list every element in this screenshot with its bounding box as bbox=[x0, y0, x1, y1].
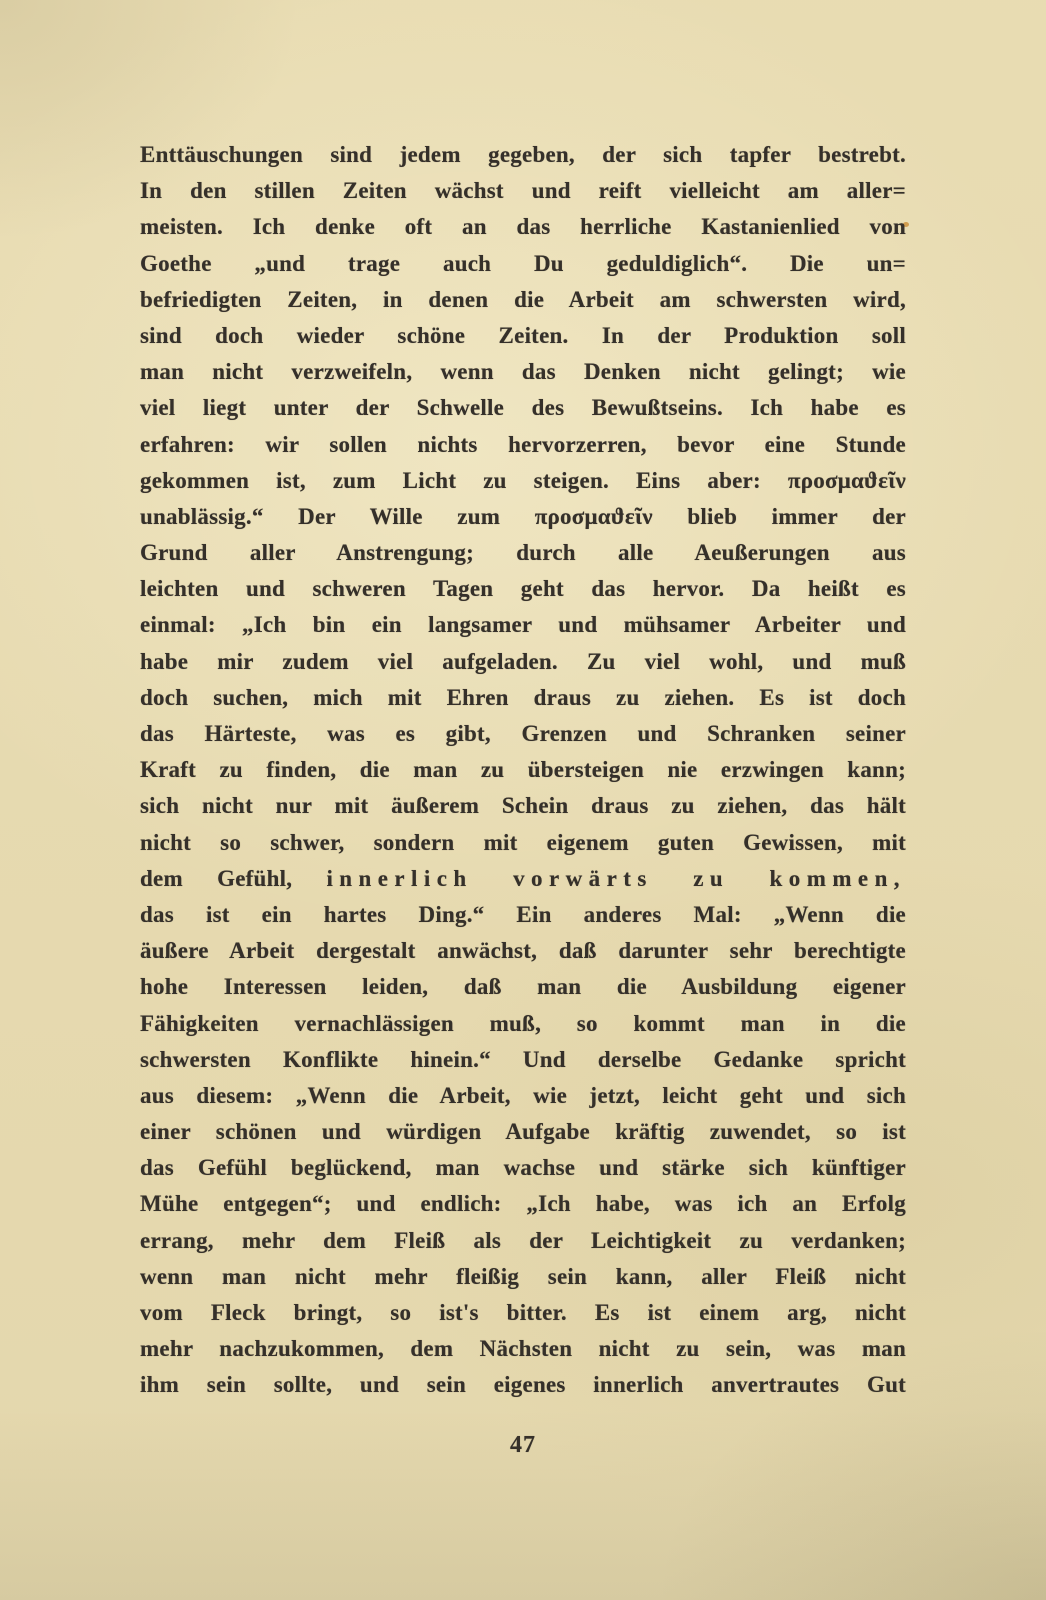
text-line: nicht so schwer, sondern mit eigenem gut… bbox=[140, 825, 906, 861]
text-line-prefix: dem Gefühl, bbox=[140, 866, 326, 891]
text-line: das Gefühl beglückend, man wachse und st… bbox=[140, 1150, 906, 1186]
text-line-greek: unablässig.“ Der Wille zum προσμαϑεῖν bl… bbox=[140, 499, 906, 535]
scanned-book-page: Enttäuschungen sind jedem gegeben, der s… bbox=[0, 0, 1046, 1600]
text-line: einmal: „Ich bin ein langsamer und mühsa… bbox=[140, 607, 906, 643]
text-line: wenn man nicht mehr fleißig sein kann, a… bbox=[140, 1259, 906, 1295]
text-line: ihm sein sollte, und sein eigenes innerl… bbox=[140, 1367, 906, 1403]
text-line: befriedigten Zeiten, in denen die Arbeit… bbox=[140, 282, 906, 318]
text-line: sich nicht nur mit äußerem Schein draus … bbox=[140, 788, 906, 824]
text-line: habe mir zudem viel aufgeladen. Zu viel … bbox=[140, 644, 906, 680]
text-line: viel liegt unter der Schwelle des Bewußt… bbox=[140, 390, 906, 426]
page-number: 47 bbox=[140, 1432, 906, 1459]
text-line: meisten. Ich denke oft an das herrliche … bbox=[140, 209, 906, 245]
text-line: Goethe „und trage auch Du geduldiglich“.… bbox=[140, 246, 906, 282]
text-line-greek: gekommen ist, zum Licht zu steigen. Eins… bbox=[140, 463, 906, 499]
text-line: sind doch wieder schöne Zeiten. In der P… bbox=[140, 318, 906, 354]
text-line: In den stillen Zeiten wächst und reift v… bbox=[140, 173, 906, 209]
text-line: errang, mehr dem Fleiß als der Leichtigk… bbox=[140, 1223, 906, 1259]
body-text-block: Enttäuschungen sind jedem gegeben, der s… bbox=[140, 137, 906, 1404]
text-line: das Härteste, was es gibt, Grenzen und S… bbox=[140, 716, 906, 752]
text-line: schwersten Konflikte hinein.“ Und dersel… bbox=[140, 1042, 906, 1078]
text-line: Fähigkeiten vernachlässigen muß, so komm… bbox=[140, 1006, 906, 1042]
text-line: mehr nachzukommen, dem Nächsten nicht zu… bbox=[140, 1331, 906, 1367]
text-line: einer schönen und würdigen Aufgabe kräft… bbox=[140, 1114, 906, 1150]
text-line: äußere Arbeit dergestalt anwächst, daß d… bbox=[140, 933, 906, 969]
text-line: das ist ein hartes Ding.“ Ein anderes Ma… bbox=[140, 897, 906, 933]
text-line: aus diesem: „Wenn die Arbeit, wie jetzt,… bbox=[140, 1078, 906, 1114]
text-line: man nicht verzweifeln, wenn das Denken n… bbox=[140, 354, 906, 390]
text-line: erfahren: wir sollen nichts hervorzerren… bbox=[140, 427, 906, 463]
text-line: vom Fleck bringt, so ist's bitter. Es is… bbox=[140, 1295, 906, 1331]
text-line: Grund aller Anstrengung; durch alle Aeuß… bbox=[140, 535, 906, 571]
text-line: Mühe entgegen“; und endlich: „Ich habe, … bbox=[140, 1186, 906, 1222]
text-line: leichten und schweren Tagen geht das her… bbox=[140, 571, 906, 607]
letterspaced-phrase: innerlich vorwärts zu kommen, bbox=[326, 866, 906, 891]
text-line: Enttäuschungen sind jedem gegeben, der s… bbox=[140, 137, 906, 173]
text-line: hohe Interessen leiden, daß man die Ausb… bbox=[140, 969, 906, 1005]
text-line-letterspaced: dem Gefühl, innerlich vorwärts zu kommen… bbox=[140, 861, 906, 897]
text-line: doch suchen, mich mit Ehren draus zu zie… bbox=[140, 680, 906, 716]
text-line: Kraft zu finden, die man zu übersteigen … bbox=[140, 752, 906, 788]
